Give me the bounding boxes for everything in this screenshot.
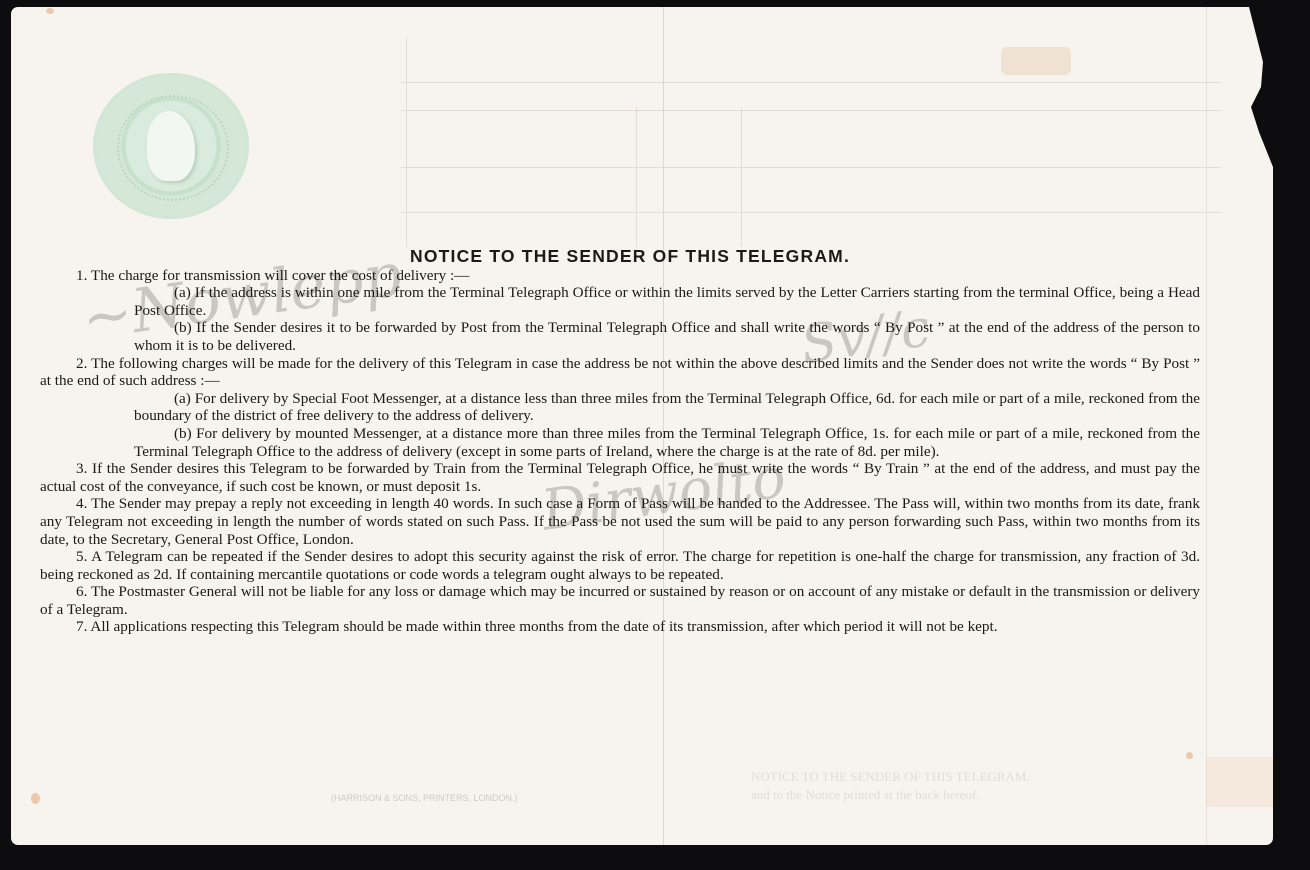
show-through-rule [401, 212, 1221, 213]
embossed-stamp-icon [93, 73, 249, 219]
show-through-text: NOTICE TO THE SENDER OF THIS TELEGRAM. [751, 769, 1030, 785]
show-through-rule [741, 107, 742, 247]
clause-6: 6. The Postmaster General will not be li… [40, 583, 1200, 618]
printer-imprint: (HARRISON & SONS, PRINTERS, LONDON.) [331, 793, 518, 803]
clause-1: 1. The charge for transmission will cove… [40, 267, 1200, 285]
show-through-rule [401, 167, 1221, 168]
stain [1206, 757, 1276, 807]
stain [1001, 47, 1071, 75]
clause-5: 5. A Telegram can be repeated if the Sen… [40, 548, 1200, 583]
right-fold-line [1206, 7, 1207, 845]
show-through-rule [401, 110, 1221, 111]
show-through-rule [401, 82, 1221, 83]
clause-1b: (b) If the Sender desires it to be forwa… [40, 319, 1200, 354]
show-through-rule [406, 37, 407, 247]
clause-2a: (a) For delivery by Special Foot Messeng… [40, 390, 1200, 425]
clause-2b: (b) For delivery by mounted Messenger, a… [40, 425, 1200, 460]
clause-1a: (a) If the address is within one mile fr… [40, 284, 1200, 319]
clause-2: 2. The following charges will be made fo… [40, 355, 1200, 390]
show-through-text: and to the Notice printed at the back he… [751, 787, 980, 803]
notice-title: NOTICE TO THE SENDER OF THIS TELEGRAM. [350, 248, 910, 266]
clause-3: 3. If the Sender desires this Telegram t… [40, 460, 1200, 495]
stain [46, 8, 54, 14]
notice-section: NOTICE TO THE SENDER OF THIS TELEGRAM. 1… [40, 248, 1200, 636]
show-through-rule [636, 107, 637, 247]
clause-4: 4. The Sender may prepay a reply not exc… [40, 495, 1200, 548]
clause-7: 7. All applications respecting this Tele… [40, 618, 1200, 636]
stain [31, 793, 40, 804]
stain [1186, 752, 1193, 759]
